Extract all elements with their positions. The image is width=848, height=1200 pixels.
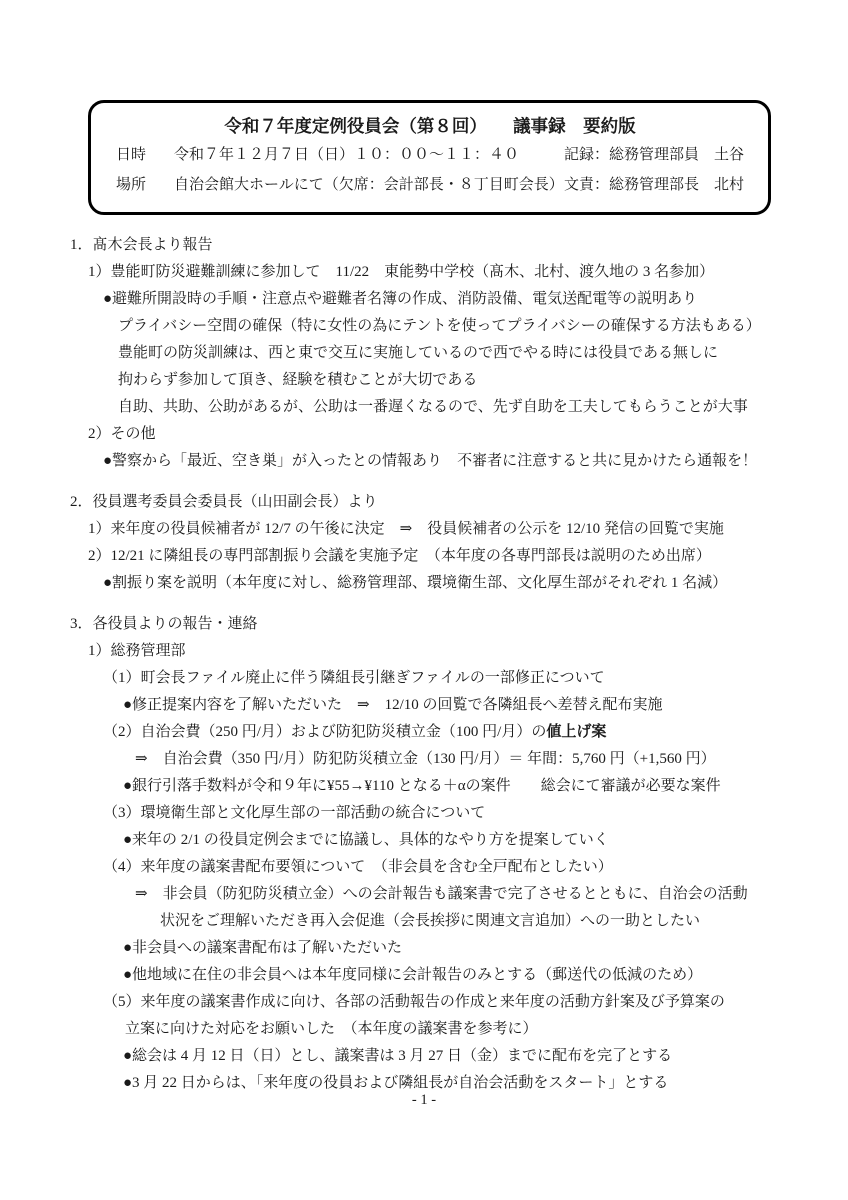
line-text: （4）来年度の議案書配布要領について （非会員を含む全戸配布としたい） [103,859,613,875]
document-line: 拘わらず参加して頂き、経験を積むことが大切である [70,367,780,394]
document-line: 2）12/21 に隣組長の専門部割振り会議を実施予定 （本年度の各専門部長は説明… [70,543,780,570]
line-text: ●3 月 22 日からは、「来年度の役員および隣組長が自治会活動をスタート」とす… [123,1075,668,1091]
document-line: 1）豊能町防災避難訓練に参加して 11/22 東能勢中学校（髙木、北村、渡久地の… [70,259,780,286]
line-text: ●非会員への議案書配布は了解いただいた [123,940,402,956]
document-line: ⇒ 非会員（防犯防災積立金）への会計報告も議案書で完了させるとともに、自治会の活… [70,881,780,908]
datetime-value: 令和７年１２月７日（日）１０：００～１１：４０ [174,140,519,170]
line-text: 状況をご理解いただき再入会促進（会長挨拶に関連文言追加）への一助としたい [160,913,700,929]
line-text: ●避難所開設時の手順・注意点や避難者名簿の作成、消防設備、電気送配電等の説明あり [103,291,697,307]
place-label: 場所 [116,170,174,200]
document-line: ●警察から「最近、空き巣」が入ったとの情報あり 不審者に注意すると共に見かけたら… [70,448,780,475]
page-number: - 1 - [0,1092,848,1109]
recorder-credit: 記録：総務管理部員 土谷 [564,140,744,170]
document-line: （4）来年度の議案書配布要領について （非会員を含む全戸配布としたい） [70,854,780,881]
document-line: 2）その他 [70,421,780,448]
document-line: （1）町会長ファイル廃止に伴う隣組長引継ぎファイルの一部修正について [70,665,780,692]
line-text-bold: 値上げ案 [546,724,606,740]
document-title: 令和７年度定例役員会（第８回） 議事録 要約版 [116,112,744,140]
document-line: （3）環境衛生部と文化厚生部の一部活動の統合について [70,800,780,827]
document-line: （5）来年度の議案書作成に向け、各部の活動報告の作成と来年度の活動方針案及び予算… [70,989,780,1016]
document-line: ●銀行引落手数料が令和９年に¥55→¥110 となる＋αの案件 総会にて審議が必… [70,773,780,800]
document-line: 1）来年度の役員候補者が 12/7 の午後に決定 ⇒ 役員候補者の公示を 12/… [70,516,780,543]
line-text: ●銀行引落手数料が令和９年に¥55→¥110 となる＋αの案件 総会にて審議が必… [123,778,721,794]
line-text: プライバシー空間の確保（特に女性の為にテントを使ってプライバシーの確保する方法も… [118,318,761,334]
document-line: 1．髙木会長より報告 [70,232,780,259]
document-line: ●割振り案を説明（本年度に対し、総務管理部、環境衛生部、文化厚生部がそれぞれ 1… [70,570,780,597]
document-line: 2．役員選考委員会委員長（山田副会長）より [70,489,780,516]
line-text: 自助、共助、公助があるが、公助は一番遅くなるので、先ず自助を工夫してもらうことが… [118,399,748,415]
line-text: 2）その他 [88,426,156,442]
document-line: ●避難所開設時の手順・注意点や避難者名簿の作成、消防設備、電気送配電等の説明あり [70,286,780,313]
line-text: ●警察から「最近、空き巣」が入ったとの情報あり 不審者に注意すると共に見かけたら… [103,453,757,469]
place-value: 自治会館大ホールにて（欠席：会計部長・８丁目町会長） [174,170,564,200]
meta-row-datetime: 日時 令和７年１２月７日（日）１０：００～１１：４０ 記録：総務管理部員 土谷 [116,140,744,170]
line-text: （1）町会長ファイル廃止に伴う隣組長引継ぎファイルの一部修正について [103,670,605,686]
document-line: （2）自治会費（250 円/月）および防犯防災積立金（100 円/月）の値上げ案 [70,719,780,746]
document-line: ●総会は 4 月 12 日（日）とし、議案書は 3 月 27 日（金）までに配布… [70,1043,780,1070]
line-text: ●総会は 4 月 12 日（日）とし、議案書は 3 月 27 日（金）までに配布… [123,1048,672,1064]
document-line: 3．各役員よりの報告・連絡 [70,611,780,638]
document-line: ⇒ 自治会費（350 円/月）防犯防災積立金（130 円/月）＝ 年間：5,76… [70,746,780,773]
line-text: （2）自治会費（250 円/月）および防犯防災積立金（100 円/月）の [103,724,546,740]
document-line: 豊能町の防災訓練は、西と東で交互に実施しているので西でやる時には役員である無しに [70,340,780,367]
document-line: 1）総務管理部 [70,638,780,665]
document-body: 1．髙木会長より報告1）豊能町防災避難訓練に参加して 11/22 東能勢中学校（… [70,232,780,1097]
line-text: 拘わらず参加して頂き、経験を積むことが大切である [118,372,477,388]
line-text: 1）来年度の役員候補者が 12/7 の午後に決定 ⇒ 役員候補者の公示を 12/… [88,521,724,537]
line-text: 2．役員選考委員会委員長（山田副会長）より [70,494,378,510]
document-line: ●修正提案内容を了解いただいた ⇒ 12/10 の回覧で各隣組長へ差替え配布実施 [70,692,780,719]
line-text: 1）総務管理部 [88,643,186,659]
line-text: （3）環境衛生部と文化厚生部の一部活動の統合について [103,805,485,821]
line-text: ●来年の 2/1 の役員定例会までに協議し、具体的なやり方を提案していく [123,832,609,848]
line-text: ●他地域に在住の非会員へは本年度同様に会計報告のみとする（郵送代の低減のため） [123,967,702,983]
document-page: 令和７年度定例役員会（第８回） 議事録 要約版 日時 令和７年１２月７日（日）１… [0,0,848,1200]
meeting-header-box: 令和７年度定例役員会（第８回） 議事録 要約版 日時 令和７年１２月７日（日）１… [88,100,771,215]
meta-row-place: 場所 自治会館大ホールにて（欠席：会計部長・８丁目町会長） 文責：総務管理部長 … [116,170,744,200]
document-line: ●他地域に在住の非会員へは本年度同様に会計報告のみとする（郵送代の低減のため） [70,962,780,989]
editor-credit: 文責：総務管理部長 北村 [564,170,744,200]
datetime-label: 日時 [116,140,174,170]
document-line: ●非会員への議案書配布は了解いただいた [70,935,780,962]
line-text: ●割振り案を説明（本年度に対し、総務管理部、環境衛生部、文化厚生部がそれぞれ 1… [103,575,727,591]
line-text: 3．各役員よりの報告・連絡 [70,616,258,632]
line-text: 1．髙木会長より報告 [70,237,213,253]
document-line: ●来年の 2/1 の役員定例会までに協議し、具体的なやり方を提案していく [70,827,780,854]
document-line: 自助、共助、公助があるが、公助は一番遅くなるので、先ず自助を工夫してもらうことが… [70,394,780,421]
line-text: ⇒ 非会員（防犯防災積立金）への会計報告も議案書で完了させるとともに、自治会の活… [135,886,748,902]
line-text: ●修正提案内容を了解いただいた ⇒ 12/10 の回覧で各隣組長へ差替え配布実施 [123,697,663,713]
document-line: 状況をご理解いただき再入会促進（会長挨拶に関連文言追加）への一助としたい [70,908,780,935]
line-text: 豊能町の防災訓練は、西と東で交互に実施しているので西でやる時には役員である無しに [118,345,718,361]
line-text: 2）12/21 に隣組長の専門部割振り会議を実施予定 （本年度の各専門部長は説明… [88,548,711,564]
document-line: プライバシー空間の確保（特に女性の為にテントを使ってプライバシーの確保する方法も… [70,313,780,340]
line-text: （5）来年度の議案書作成に向け、各部の活動報告の作成と来年度の活動方針案及び予算… [103,994,725,1010]
line-text: ⇒ 自治会費（350 円/月）防犯防災積立金（130 円/月）＝ 年間：5,76… [135,751,716,767]
document-line: 立案に向けた対応をお願いした （本年度の議案書を参考に） [70,1016,780,1043]
line-text: 立案に向けた対応をお願いした （本年度の議案書を参考に） [125,1021,538,1037]
line-text: 1）豊能町防災避難訓練に参加して 11/22 東能勢中学校（髙木、北村、渡久地の… [88,264,714,280]
